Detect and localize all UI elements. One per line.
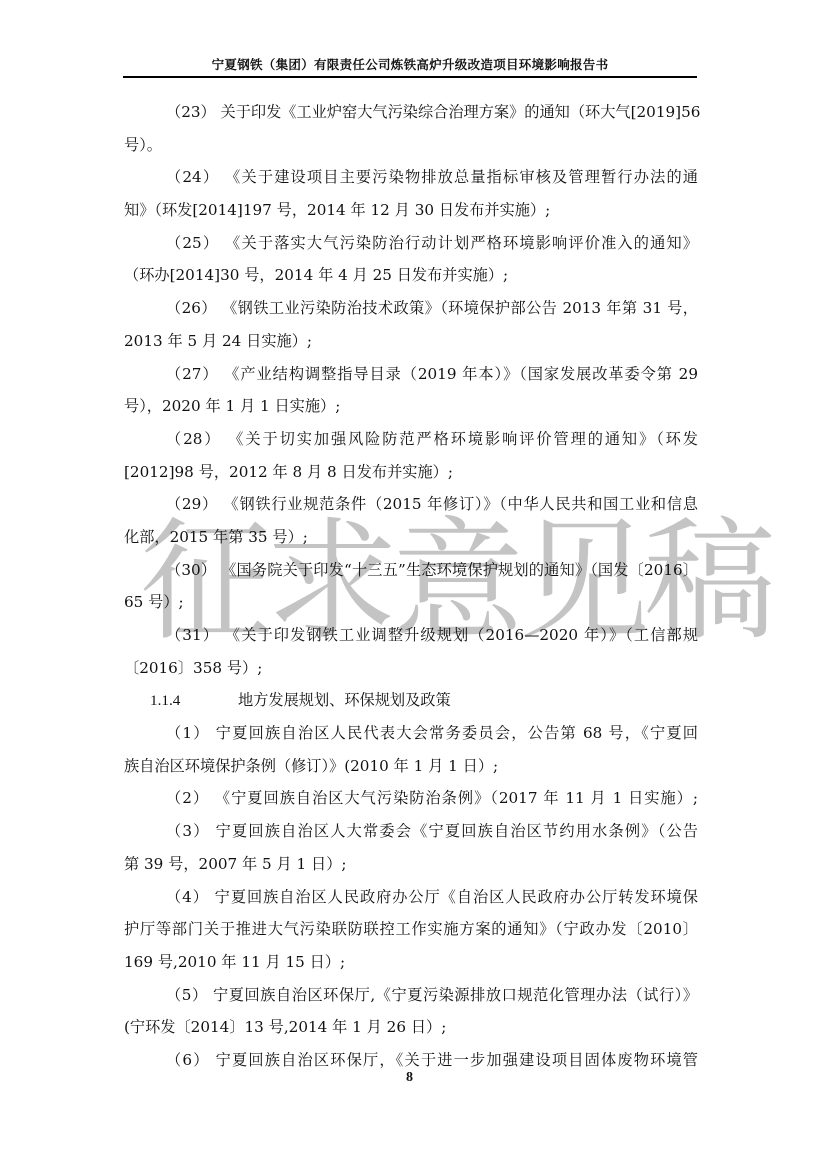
paragraph-line: （环办[2014]30 号，2014 年 4 月 25 日发布并实施）; <box>124 259 698 292</box>
header-divider <box>123 76 697 78</box>
paragraph-line: （2） 《宁夏回族自治区大气污染防治条例》（2017 年 11 月 1 日实施）… <box>124 782 698 815</box>
paragraph-line: 2013 年 5 月 24 日实施）; <box>124 325 698 358</box>
paragraph-line: 护厅等部门关于推进大气污染联防联控工作实施方案的通知》（宁政办发〔2010〕 <box>124 913 698 946</box>
section-title: 地方发展规划、环保规划及政策 <box>238 691 451 709</box>
paragraph-line: 知》（环发[2014]197 号，2014 年 12 月 30 日发布并实施）; <box>124 194 698 227</box>
document-body: （23） 关于印发《工业炉窑大气污染综合治理方案》的通知（环大气[2019]56… <box>124 96 698 1077</box>
paragraph-line: （5） 宁夏回族自治区环保厅,《宁夏污染源排放口规范化管理办法（试行）》 <box>124 979 698 1012</box>
paragraph-line: （27） 《产业结构调整指导目录（2019 年本）》（国家发展改革委令第 29 <box>124 358 698 391</box>
paragraph-line: （23） 关于印发《工业炉窑大气污染综合治理方案》的通知（环大气[2019]56 <box>124 96 698 129</box>
paragraph-line: （30） 《国务院关于印发“十三五”生态环境保护规划的通知》（国发〔2016〕 <box>124 554 698 587</box>
section-heading: 1.1.4地方发展规划、环保规划及政策 <box>124 684 698 717</box>
paragraph-line: 化部，2015 年第 35 号）; <box>124 521 698 554</box>
paragraph-line: 号）。 <box>124 129 698 162</box>
paragraph-line: （3） 宁夏回族自治区人大常委会《宁夏回族自治区节约用水条例》（公告 <box>124 815 698 848</box>
paragraph-line: 65 号）; <box>124 586 698 619</box>
paragraph-line: （25） 《关于落实大气污染防治行动计划严格环境影响评价准入的通知》 <box>124 227 698 260</box>
paragraph-line: （4） 宁夏回族自治区人民政府办公厅《自治区人民政府办公厅转发环境保 <box>124 881 698 914</box>
paragraph-line: 169 号,2010 年 11 月 15 日）; <box>124 946 698 979</box>
paragraph-line: [2012]98 号，2012 年 8 月 8 日发布并实施）; <box>124 456 698 489</box>
paragraph-line: 第 39 号，2007 年 5 月 1 日）; <box>124 848 698 881</box>
paragraph-line: (宁环发〔2014〕13 号,2014 年 1 月 26 日）; <box>124 1011 698 1044</box>
paragraph-line: （1） 宁夏回族自治区人民代表大会常务委员会，公告第 68 号，《宁夏回 <box>124 717 698 750</box>
paragraph-line: （29） 《钢铁行业规范条件（2015 年修订）》（中华人民共和国工业和信息 <box>124 488 698 521</box>
paragraph-line: 号），2020 年 1 月 1 日实施）; <box>124 390 698 423</box>
section-number: 1.1.4 <box>150 685 238 718</box>
paragraph-line: 〔2016〕358 号）; <box>124 652 698 685</box>
paragraph-line: （26） 《钢铁工业污染防治技术政策》（环境保护部公告 2013 年第 31 号… <box>124 292 698 325</box>
paragraph-line: （28） 《关于切实加强风险防范严格环境影响评价管理的通知》（环发 <box>124 423 698 456</box>
paragraph-line: （31） 《关于印发钢铁工业调整升级规划（2016—2020 年）》（工信部规 <box>124 619 698 652</box>
paragraph-line: （24） 《关于建设项目主要污染物排放总量指标审核及管理暂行办法的通 <box>124 161 698 194</box>
paragraph-line: （6） 宁夏回族自治区环保厅，《关于进一步加强建设项目固体废物环境管 <box>124 1044 698 1077</box>
paragraph-line: 族自治区环境保护条例（修订）》(2010 年 1 月 1 日）; <box>124 750 698 783</box>
